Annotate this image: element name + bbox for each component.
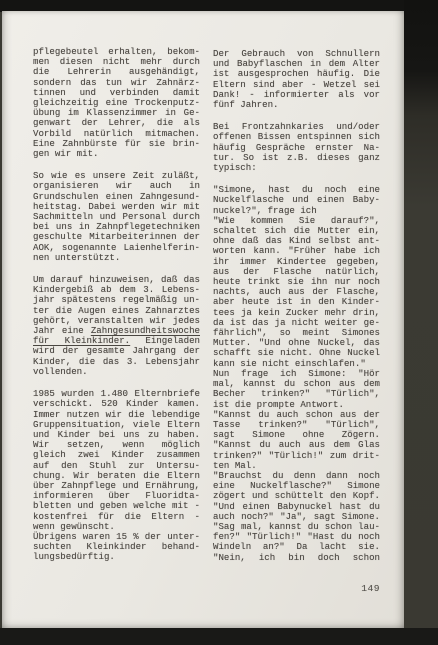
text-line: verschickt. 520 Kinder kamen. [33,399,200,409]
page-number: 149 [213,583,380,594]
scan-border-bottom [0,628,438,645]
text-line: gen wir mit. [33,149,200,159]
paragraph: 1985 wurden 1.480 Elternbriefeverschickt… [33,389,200,562]
text-line: Becher trinken?" "Türlich", [213,389,380,399]
text-line: "Nein, ich bin doch schon [213,553,380,563]
text-line: typisch: [213,163,380,173]
text-line: nen unterstützt. [33,253,200,263]
paragraph: pflegebeutel erhalten, bekom-men diesen … [33,47,200,159]
paragraph: Der Gebrauch von Schnullernund Babyflasc… [213,49,380,110]
paragraph: Bei Frontzahnkaries und/oderoffenen Biss… [213,122,380,173]
text-line: gleich zwei Kinder zusammen [33,450,200,460]
text-line: lungsbedürftig. [33,552,200,562]
scanned-book-page: pflegebeutel erhalten, bekom-men diesen … [2,11,404,628]
text-line: "Kannst du auch aus dem Glas [213,440,380,450]
text-line: fünf Jahren. [213,100,380,110]
paragraph: So wie es unsere Zeit zuläßt,organisiere… [33,171,200,263]
text-line: vollenden. [33,367,200,377]
text-column-left: pflegebeutel erhalten, bekom-men diesen … [33,47,200,563]
paragraph: "Simone, hast du noch eineNuckelflasche … [213,185,380,563]
paragraph: Um darauf hinzuweisen, daß dasKindergebi… [33,275,200,377]
scan-background-right [404,0,438,645]
text-line: bletten und geben welche mit - [33,501,200,511]
text-column-right: Der Gebrauch von Schnullernund Babyflasc… [213,49,380,563]
text-line: zögert und schüttelt den Kopf. [213,491,380,501]
